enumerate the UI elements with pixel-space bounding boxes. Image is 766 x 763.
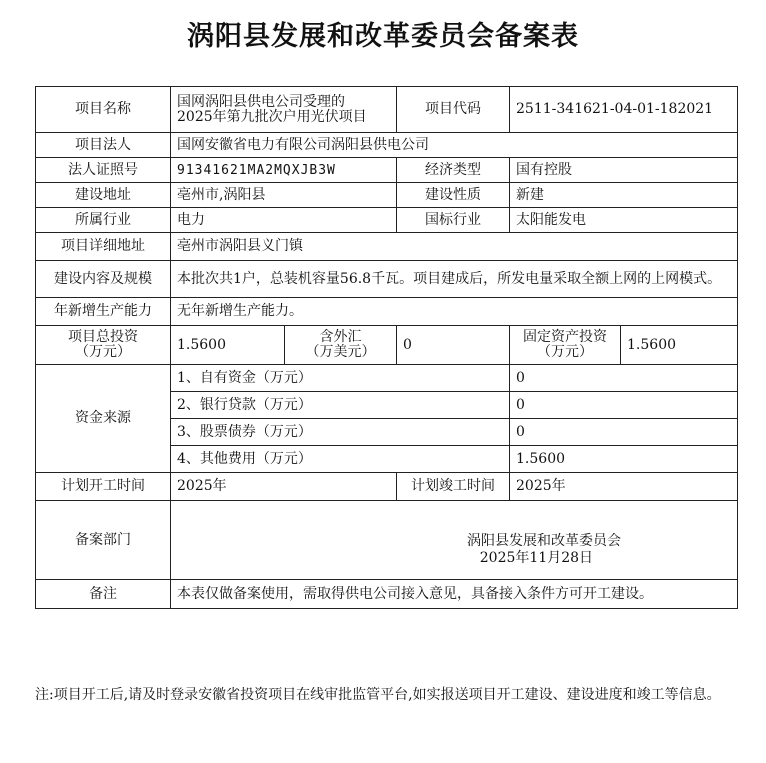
- value-filing-department: 涡阳县发展和改革委员会 2025年11月28日: [171, 501, 738, 580]
- label-planned-completion: 计划竣工时间: [397, 473, 510, 501]
- value-project-name-line2: 2025年第九批次户用光伏项目: [177, 109, 367, 125]
- funding-item-value: 0: [510, 392, 738, 419]
- value-new-capacity: 无年新增生产能力。: [171, 298, 738, 326]
- label-fixed-asset-line2: （万元）: [537, 344, 593, 360]
- row-schedule: 计划开工时间 2025年 计划竣工时间 2025年: [36, 473, 738, 501]
- value-content-scale: 本批次共1户，总装机容量56.8千瓦。项目建成后，所发电量采取全额上网的上网模式…: [171, 261, 738, 298]
- page-title: 涡阳县发展和改革委员会备案表: [0, 14, 766, 53]
- label-total-investment-line2: （万元）: [75, 344, 131, 360]
- value-detailed-address: 亳州市涡阳县义门镇: [171, 233, 738, 261]
- label-total-investment-line1: 项目总投资: [68, 329, 138, 345]
- value-total-investment: 1.5600: [171, 326, 285, 365]
- funding-item-label: 2、银行贷款（万元）: [171, 392, 510, 419]
- value-economic-type: 国有控股: [510, 158, 738, 183]
- row-remarks: 备注 本表仅做备案使用，需取得供电公司接入意见，具备接入条件方可开工建设。: [36, 580, 738, 609]
- label-national-industry: 国标行业: [397, 208, 510, 233]
- label-detailed-address: 项目详细地址: [36, 233, 171, 261]
- label-industry: 所属行业: [36, 208, 171, 233]
- label-fixed-asset-investment: 固定资产投资 （万元）: [510, 326, 621, 365]
- value-site: 亳州市,涡阳县: [171, 183, 397, 208]
- label-remarks: 备注: [36, 580, 171, 609]
- row-investment: 项目总投资 （万元） 1.5600 含外汇 （万美元） 0 固定资产投资 （万元…: [36, 326, 738, 365]
- value-project-code: 2511-341621-04-01-182021: [510, 87, 738, 133]
- label-site: 建设地址: [36, 183, 171, 208]
- funding-item-value: 1.5600: [510, 446, 738, 473]
- row-site: 建设地址 亳州市,涡阳县 建设性质 新建: [36, 183, 738, 208]
- value-fixed-asset-investment: 1.5600: [621, 326, 738, 365]
- label-legal-entity: 项目法人: [36, 133, 171, 158]
- value-national-industry: 太阳能发电: [510, 208, 738, 233]
- filing-date: 2025年11月28日: [177, 551, 593, 566]
- funding-item-label: 4、其他费用（万元）: [171, 446, 510, 473]
- label-construction-nature: 建设性质: [397, 183, 510, 208]
- label-project-code: 项目代码: [397, 87, 510, 133]
- row-funding-1: 资金来源 1、自有资金（万元） 0: [36, 365, 738, 392]
- value-construction-nature: 新建: [510, 183, 738, 208]
- funding-item-label: 3、股票债券（万元）: [171, 419, 510, 446]
- funding-item-value: 0: [510, 419, 738, 446]
- value-planned-start: 2025年: [171, 473, 397, 501]
- row-industry: 所属行业 电力 国标行业 太阳能发电: [36, 208, 738, 233]
- value-foreign-exchange: 0: [397, 326, 510, 365]
- label-legal-cert-no: 法人证照号: [36, 158, 171, 183]
- label-foreign-exchange-line2: （万美元）: [306, 344, 376, 360]
- value-legal-cert-no: 91341621MA2MQXJB3W: [171, 158, 397, 183]
- value-remarks: 本表仅做备案使用，需取得供电公司接入意见，具备接入条件方可开工建设。: [171, 580, 738, 609]
- value-legal-entity: 国网安徽省电力有限公司涡阳县供电公司: [171, 133, 738, 158]
- value-project-name: 国网涡阳县供电公司受理的 2025年第九批次户用光伏项目: [171, 87, 397, 133]
- funding-item-label: 1、自有资金（万元）: [171, 365, 510, 392]
- row-legal-entity: 项目法人 国网安徽省电力有限公司涡阳县供电公司: [36, 133, 738, 158]
- row-filing-department: 备案部门 涡阳县发展和改革委员会 2025年11月28日: [36, 501, 738, 580]
- filing-form-table: 项目名称 国网涡阳县供电公司受理的 2025年第九批次户用光伏项目 项目代码 2…: [35, 86, 738, 609]
- label-foreign-exchange: 含外汇 （万美元）: [285, 326, 397, 365]
- row-detailed-address: 项目详细地址 亳州市涡阳县义门镇: [36, 233, 738, 261]
- label-economic-type: 经济类型: [397, 158, 510, 183]
- value-planned-completion: 2025年: [510, 473, 738, 501]
- row-new-capacity: 年新增生产能力 无年新增生产能力。: [36, 298, 738, 326]
- label-total-investment: 项目总投资 （万元）: [36, 326, 171, 365]
- value-industry: 电力: [171, 208, 397, 233]
- label-fixed-asset-line1: 固定资产投资: [523, 329, 607, 345]
- label-project-name: 项目名称: [36, 87, 171, 133]
- row-content-scale: 建设内容及规模 本批次共1户，总装机容量56.8千瓦。项目建成后，所发电量采取全…: [36, 261, 738, 298]
- filing-org: 涡阳县发展和改革委员会: [177, 534, 621, 549]
- label-foreign-exchange-line1: 含外汇: [320, 329, 362, 345]
- footnote: 注:项目开工后,请及时登录安徽省投资项目在线审批监管平台,如实报送项目开工建设、…: [35, 683, 735, 707]
- funding-item-value: 0: [510, 365, 738, 392]
- label-content-scale: 建设内容及规模: [36, 261, 171, 298]
- label-planned-start: 计划开工时间: [36, 473, 171, 501]
- label-filing-department: 备案部门: [36, 501, 171, 580]
- label-funding-source: 资金来源: [36, 365, 171, 473]
- row-project-name: 项目名称 国网涡阳县供电公司受理的 2025年第九批次户用光伏项目 项目代码 2…: [36, 87, 738, 133]
- value-project-name-line1: 国网涡阳县供电公司受理的: [177, 94, 345, 110]
- label-new-capacity: 年新增生产能力: [36, 298, 171, 326]
- row-legal-cert: 法人证照号 91341621MA2MQXJB3W 经济类型 国有控股: [36, 158, 738, 183]
